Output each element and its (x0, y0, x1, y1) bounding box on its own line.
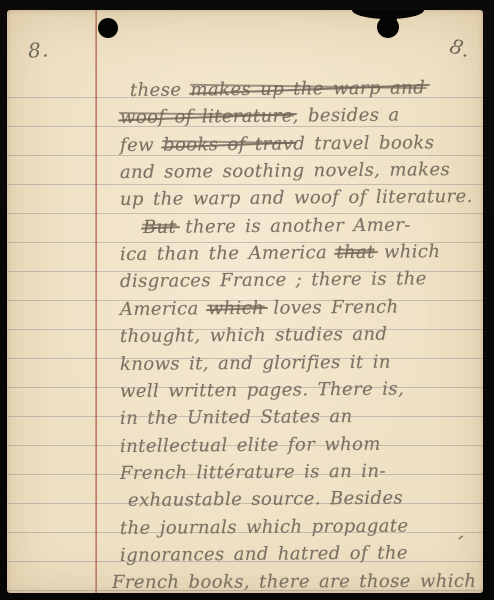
text-segment: up the warp and woof of literature. (120, 186, 473, 210)
text-segment: , besides a (293, 105, 400, 127)
handwriting-line: French littérature is an in- (120, 459, 386, 487)
text-segment: the journals which propagate (120, 515, 409, 539)
struck-text-segment: that (336, 240, 375, 266)
handwriting-line: thought, which studies and (120, 322, 388, 350)
text-segment: which (375, 241, 441, 263)
text-segment: and some soothing novels, makes (120, 159, 450, 183)
handwriting-line: these makes up the warp and (130, 75, 425, 104)
struck-text-segment: But (143, 214, 176, 240)
text-segment: there is another Amer- (176, 214, 411, 237)
handwriting-line: up the warp and woof of literature. (120, 184, 473, 213)
handwriting-line: But there is another Amer- (143, 212, 411, 240)
text-segment: ignorances and hatred of the (120, 542, 408, 566)
handwriting-line: exhaustable source. Besides (128, 486, 403, 514)
text-segment: knows it, and glorifies it in (120, 351, 391, 374)
handwriting-line: woof of literature, besides a (120, 103, 400, 131)
handwriting-line: disgraces France ; there is the (120, 267, 427, 296)
handwriting-line: and some soothing novels, makes (120, 157, 450, 186)
struck-text-segment: woof of literature (120, 104, 293, 132)
text-segment: thought, which studies and (120, 324, 388, 347)
handwriting-line: French books, there are those which (112, 569, 476, 593)
paper-sheet: 8. 8. these makes up the warp andwoof of… (7, 10, 483, 593)
text-segment: in the United States an (120, 406, 353, 429)
handwriting-line: knows it, and glorifies it in (120, 349, 391, 377)
text-segment: French littérature is an in- (120, 461, 386, 484)
text-segment: these (130, 79, 191, 101)
text-segment: well written pages. There is, (120, 378, 404, 401)
text-segment: America (120, 298, 208, 320)
handwriting-line: the journals which propagate (120, 513, 409, 542)
handwriting-line: few books of travd travel books (120, 130, 435, 159)
handwriting-line: intellectual elite for whom (120, 431, 381, 459)
text-segment: French books, there are those which (112, 571, 476, 593)
scan-background: 8. 8. these makes up the warp andwoof of… (0, 0, 494, 600)
text-segment: ica than the America (120, 242, 337, 265)
handwriting-line: ica than the America that which (120, 239, 441, 268)
text-segment: few (120, 134, 163, 155)
struck-text-segment: which (208, 296, 265, 322)
struck-text-segment: books of trav (163, 131, 293, 158)
text-segment: d travel books (293, 132, 434, 154)
handwriting-line: ignorances and hatred of the (120, 540, 408, 569)
handwriting-line: well written pages. There is, (120, 376, 404, 404)
handwriting-line: America which loves French (120, 294, 399, 322)
struck-text-segment: makes up the warp and (190, 75, 425, 103)
text-segment: intellectual elite for whom (120, 433, 381, 456)
text-segment: disgraces France ; there is the (120, 269, 427, 293)
manuscript-text: these makes up the warp andwoof of liter… (7, 10, 483, 593)
text-segment: exhaustable source. Besides (128, 488, 403, 511)
handwriting-line: in the United States an (120, 404, 353, 432)
text-segment: loves French (264, 296, 398, 318)
